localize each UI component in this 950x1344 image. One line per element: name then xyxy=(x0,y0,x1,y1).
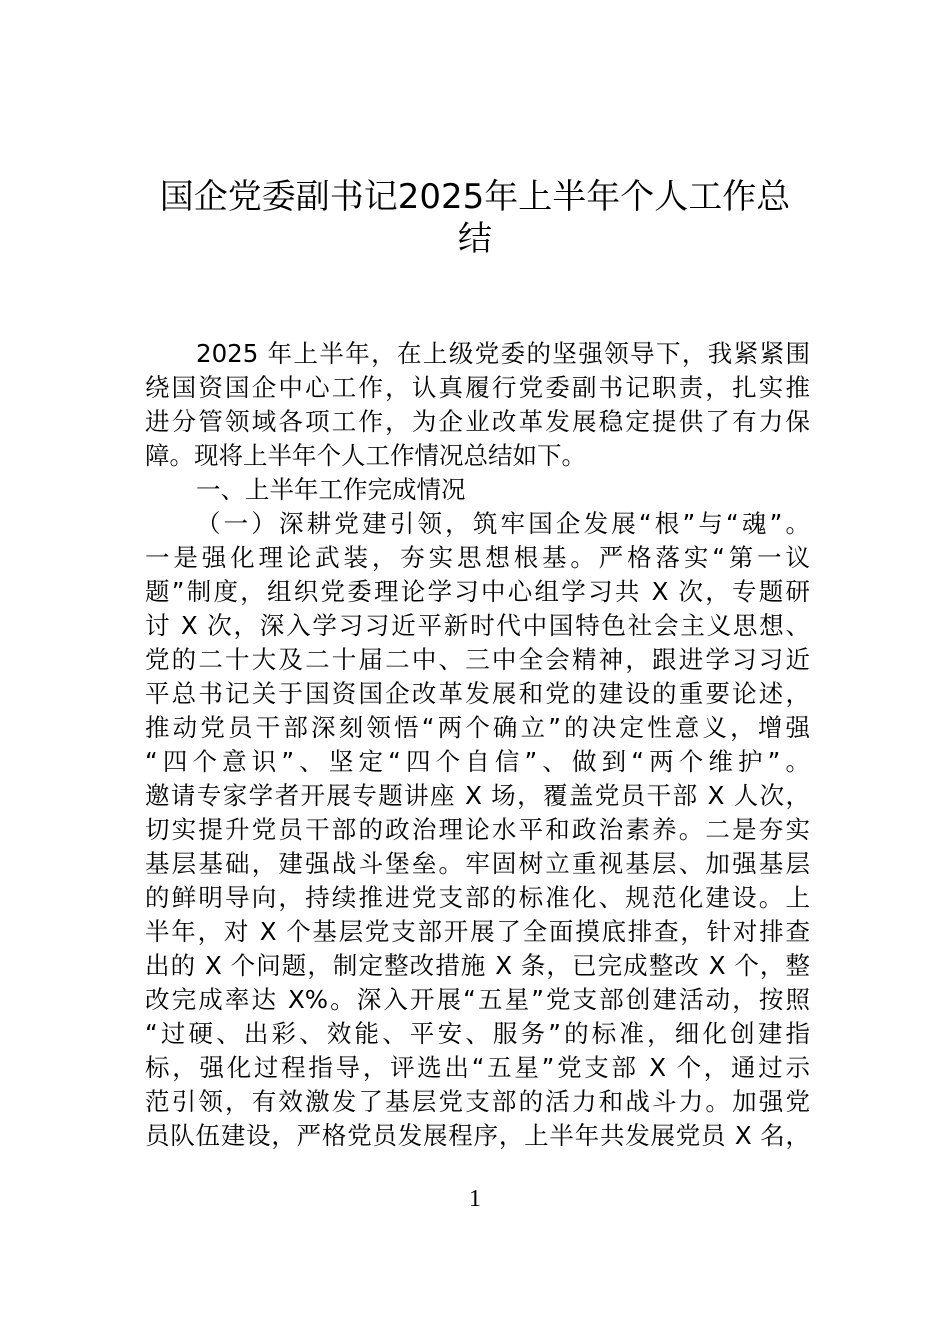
section-heading: 一、上半年工作完成情况 xyxy=(145,473,810,507)
paragraph-line: 题”制度，组织党委理论学习中心组学习共 X 次，专题研 xyxy=(145,575,810,609)
paragraph-line: 范引领，有效激发了基层党支部的活力和战斗力。加强党 xyxy=(145,1085,810,1119)
paragraph-line: 改完成率达 X%。深入开展“五星”党支部创建活动，按照 xyxy=(145,983,810,1017)
title-line-1: 国企党委副书记2025年上半年个人工作总 xyxy=(0,176,950,218)
paragraph-line: 标，强化过程指导，评选出“五星”党支部 X 个，通过示 xyxy=(145,1051,810,1085)
paragraph-intro-line: 障。现将上半年个人工作情况总结如下。 xyxy=(145,439,810,473)
paragraph-line: 讨 X 次，深入学习习近平新时代中国特色社会主义思想、 xyxy=(145,609,810,643)
paragraph-line: 半年，对 X 个基层党支部开展了全面摸底排查，针对排查 xyxy=(145,915,810,949)
paragraph-intro-line: 2025 年上半年，在上级党委的坚强领导下，我紧紧围 xyxy=(145,337,810,371)
paragraph-line: “四个意识”、坚定“四个自信”、做到“两个维护”。 xyxy=(145,745,810,779)
paragraph-line: 邀请专家学者开展专题讲座 X 场，覆盖党员干部 X 人次， xyxy=(145,779,810,813)
paragraph-intro-line: 绕国资国企中心工作，认真履行党委副书记职责，扎实推 xyxy=(145,371,810,405)
page-number: 1 xyxy=(0,1186,950,1213)
paragraph-line: 推动党员干部深刻领悟“两个确立”的决定性意义，增强 xyxy=(145,711,810,745)
paragraph-line: 的鲜明导向，持续推进党支部的标准化、规范化建设。上 xyxy=(145,881,810,915)
paragraph-line: “过硬、出彩、效能、平安、服务”的标准，细化创建指 xyxy=(145,1017,810,1051)
title-line-2: 结 xyxy=(0,218,950,260)
paragraph-line: 党的二十大及二十届二中、三中全会精神，跟进学习习近 xyxy=(145,643,810,677)
document-page: 国企党委副书记2025年上半年个人工作总 结 2025 年上半年，在上级党委的坚… xyxy=(0,0,950,1344)
paragraph-line: 切实提升党员干部的政治理论水平和政治素养。二是夯实 xyxy=(145,813,810,847)
paragraph-line: 出的 X 个问题，制定整改措施 X 条，已完成整改 X 个，整 xyxy=(145,949,810,983)
subsection-heading: （一）深耕党建引领，筑牢国企发展“根”与“魂”。 xyxy=(145,507,810,541)
paragraph-line: 基层基础，建强战斗堡垒。牢固树立重视基层、加强基层 xyxy=(145,847,810,881)
paragraph-line: 平总书记关于国资国企改革发展和党的建设的重要论述， xyxy=(145,677,810,711)
paragraph-intro-line: 进分管领域各项工作，为企业改革发展稳定提供了有力保 xyxy=(145,405,810,439)
paragraph-line: 员队伍建设，严格党员发展程序，上半年共发展党员 X 名， xyxy=(145,1119,810,1153)
paragraph-line: 一是强化理论武装，夯实思想根基。严格落实“第一议 xyxy=(145,541,810,575)
